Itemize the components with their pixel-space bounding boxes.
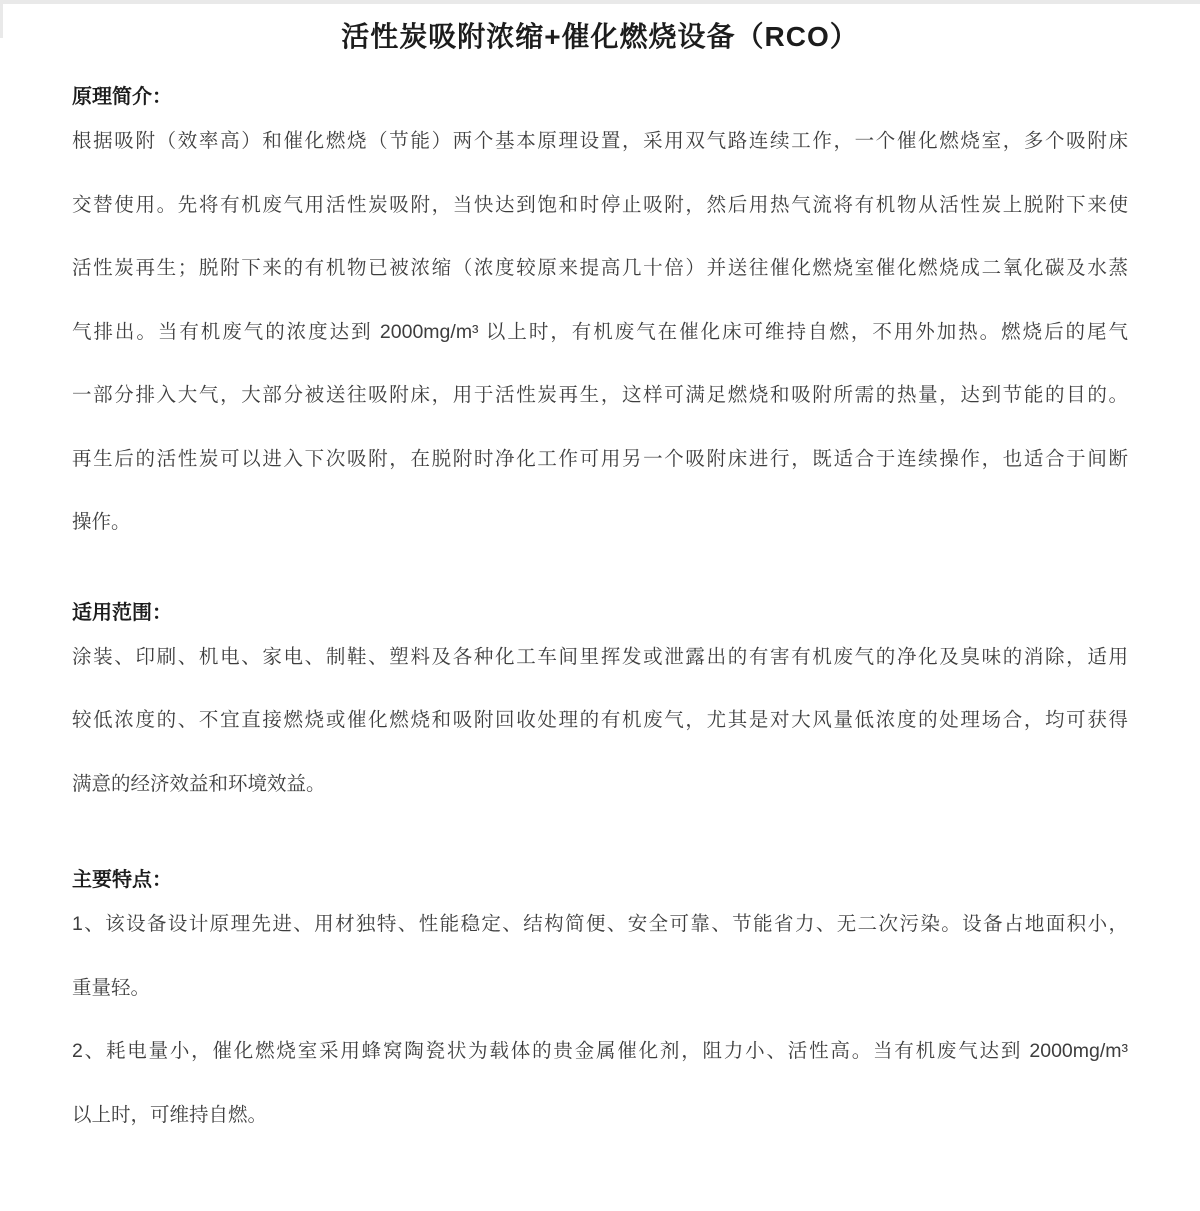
section-heading-features: 主要特点： [72, 867, 1128, 893]
section-scope: 适用范围： 涂装、印刷、机电、家电、制鞋、塑料及各种化工车间里挥发或泄露出的有害… [72, 600, 1128, 817]
section-heading-scope: 适用范围： [72, 600, 1128, 626]
scope-line-3: 满意的经济效益和环境效益。 [72, 753, 1128, 817]
principle-line-4: 气排出。当有机废气的浓度达到 2000mg/m³ 以上时，有机废气在催化床可维持… [72, 301, 1128, 365]
section-principle: 原理简介： 根据吸附（效率高）和催化燃烧（节能）两个基本原理设置，采用双气路连续… [72, 84, 1128, 555]
principle-line-5: 一部分排入大气，大部分被送往吸附床，用于活性炭再生，这样可满足燃烧和吸附所需的热… [72, 364, 1128, 428]
scope-line-2: 较低浓度的、不宜直接燃烧或催化燃烧和吸附回收处理的有机废气，尤其是对大风量低浓度… [72, 689, 1128, 753]
feature-1-line-2: 重量轻。 [72, 957, 1128, 1021]
scan-edge-left-artifact [0, 0, 3, 38]
feature-2-line-1: 2、耗电量小，催化燃烧室采用蜂窝陶瓷状为载体的贵金属催化剂，阻力小、活性高。当有… [72, 1020, 1128, 1084]
feature-1-line-1: 1、该设备设计原理先进、用材独特、性能稳定、结构简便、安全可靠、节能省力、无二次… [72, 893, 1128, 957]
document-page: 活性炭吸附浓缩+催化燃烧设备（RCO） 原理简介： 根据吸附（效率高）和催化燃烧… [0, 0, 1200, 1147]
page-title: 活性炭吸附浓缩+催化燃烧设备（RCO） [72, 0, 1128, 58]
principle-line-3: 活性炭再生；脱附下来的有机物已被浓缩（浓度较原来提高几十倍）并送往催化燃烧室催化… [72, 237, 1128, 301]
scan-edge-top-artifact [0, 0, 1200, 4]
scope-line-1: 涂装、印刷、机电、家电、制鞋、塑料及各种化工车间里挥发或泄露出的有害有机废气的净… [72, 626, 1128, 690]
section-features: 主要特点： 1、该设备设计原理先进、用材独特、性能稳定、结构简便、安全可靠、节能… [72, 867, 1128, 1147]
principle-line-6: 再生后的活性炭可以进入下次吸附，在脱附时净化工作可用另一个吸附床进行，既适合于连… [72, 428, 1128, 492]
principle-line-1: 根据吸附（效率高）和催化燃烧（节能）两个基本原理设置，采用双气路连续工作，一个催… [72, 110, 1128, 174]
principle-line-7: 操作。 [72, 491, 1128, 555]
feature-2-line-2: 以上时，可维持自燃。 [72, 1084, 1128, 1148]
principle-line-2: 交替使用。先将有机废气用活性炭吸附，当快达到饱和时停止吸附，然后用热气流将有机物… [72, 174, 1128, 238]
section-heading-principle: 原理简介： [72, 84, 1128, 110]
